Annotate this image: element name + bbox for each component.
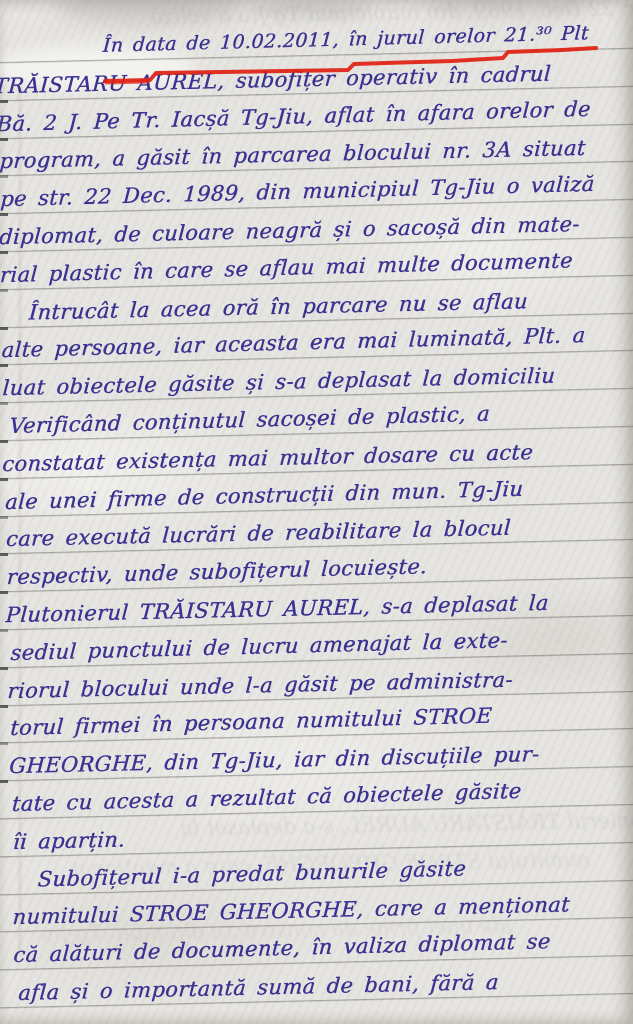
page-edge-mark [0, 705, 8, 708]
handwritten-line: Verificând conținutul sacoșei de plastic… [8, 396, 491, 442]
page-edge-mark [0, 213, 8, 216]
page-edge-mark [0, 138, 8, 141]
ruled-lines: În data de 10.02.2011, în jurul orelor 2… [0, 0, 633, 1024]
page-edge-mark [0, 175, 8, 178]
page-edge-mark [0, 667, 8, 670]
page-edge-mark [0, 591, 8, 594]
page-edge-mark [0, 780, 8, 783]
page-edge-mark [0, 289, 8, 292]
page-edge-mark [0, 402, 8, 405]
handwritten-line: respectiv, unde subofițerul locuiește. [6, 549, 428, 594]
handwritten-line: care execută lucrări de reabilitare la b… [5, 511, 512, 557]
page-edge-mark [0, 364, 8, 367]
handwritten-line: În data de 10.02.2011, în jurul orelor 2… [102, 16, 590, 63]
handwritten-line: Subofițerul i-a predat bunurile găsite [37, 851, 467, 896]
page-edge-mark [0, 478, 8, 481]
page-edge-mark [0, 100, 8, 103]
page-edge-mark [0, 516, 8, 519]
page-edge-mark [0, 629, 8, 632]
notebook-page: pe str. 22 Dec. 1989, din municipiul Tg-… [0, 0, 633, 1024]
page-edge-mark [0, 251, 8, 254]
page-edge-mark [0, 440, 8, 443]
page-edge-mark [0, 553, 8, 556]
page-edge-mark [0, 327, 8, 330]
handwritten-line: afla și o importantă sumă de bani, fără … [17, 965, 500, 1010]
page-edge-mark [0, 742, 8, 745]
